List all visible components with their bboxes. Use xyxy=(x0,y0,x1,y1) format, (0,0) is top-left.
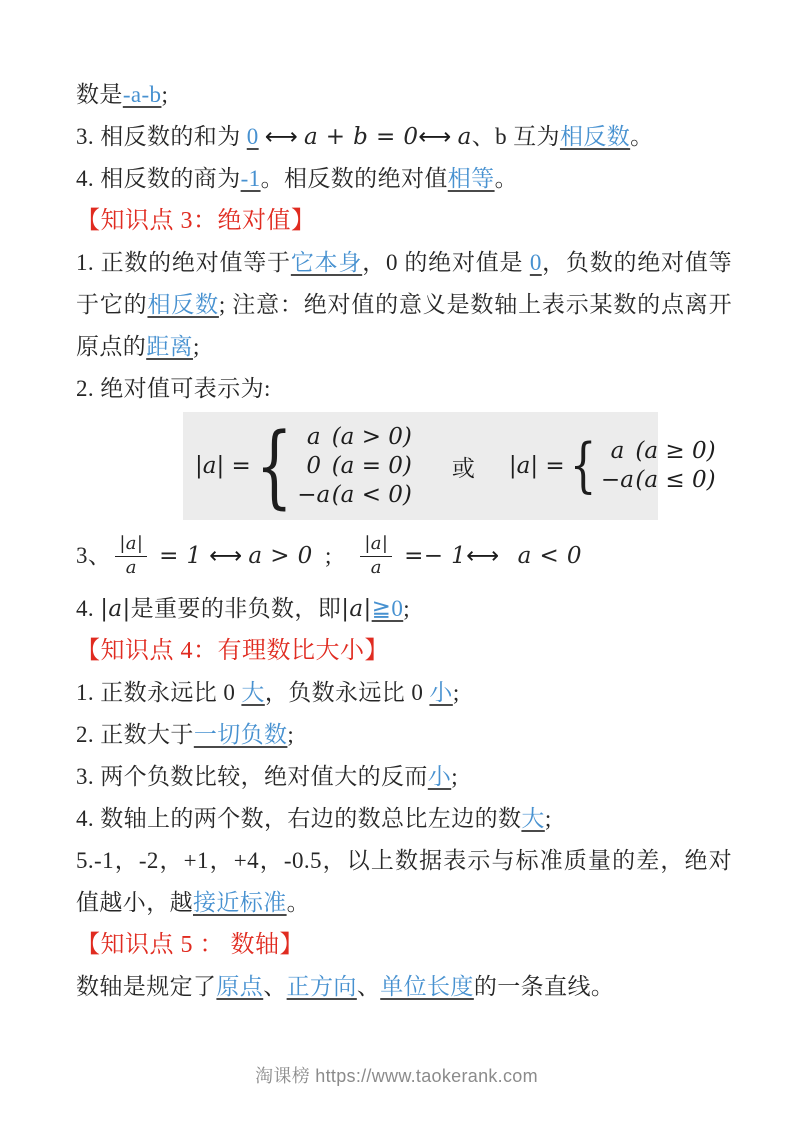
paragraph-opposites-quotient: 4. 相反数的商为-1。相反数的绝对值相等。 xyxy=(76,158,732,200)
text-run: ; xyxy=(451,764,458,789)
text-run: 、 xyxy=(357,974,380,999)
answer-blank: 它本身 xyxy=(291,250,362,275)
text-run: ; xyxy=(287,722,294,747)
paragraph-abs-nonnegative: 4. |a|是重要的非负数，即|a|≧0; xyxy=(76,588,732,630)
double-arrow-symbol: ⟷ xyxy=(466,535,499,577)
math-run: a xyxy=(458,124,472,150)
answer-blank: -a-b xyxy=(123,82,162,107)
text-run: 、b 互为 xyxy=(472,124,560,149)
double-arrow-symbol: ⟷ xyxy=(265,124,298,150)
heading-knowledge-point-3: 【知识点 3：绝对值】 xyxy=(76,200,732,242)
answer-blank: 原点 xyxy=(216,974,263,999)
text-run: 。相反数的绝对值 xyxy=(261,166,448,191)
paragraph-compare-positive-zero: 1. 正数永远比 0 大，负数永远比 0 小; xyxy=(76,672,732,714)
text-run: 的一条直线。 xyxy=(474,974,614,999)
math-run: a + b = 0 xyxy=(304,124,418,150)
text-run: 2. 正数大于 xyxy=(76,722,194,747)
double-arrow-symbol: ⟷ xyxy=(418,124,451,150)
text-run: 5.-1，-2，+1，+4，-0.5，以上数据表示与标准质量的差，绝对值越小，越 xyxy=(76,848,732,915)
math-run: |a| xyxy=(341,596,371,622)
text-run: 3. 相反数的和为 xyxy=(76,124,247,149)
text-run: ; xyxy=(453,680,460,705)
text-run: ; xyxy=(545,806,552,831)
cases-left: a(a > 0)0(a = 0)−a(a < 0) xyxy=(296,423,412,510)
footer-watermark: 淘课榜 https://www.taokerank.com xyxy=(0,1062,793,1088)
text-run: ; xyxy=(313,535,357,577)
text-run: 。 xyxy=(495,166,518,191)
text-run: 、 xyxy=(263,974,286,999)
text-run: 3. 两个负数比较，绝对值大的反而 xyxy=(76,764,428,789)
fraction: |a|a xyxy=(115,534,147,578)
text-run: ，0 的绝对值是 xyxy=(362,250,530,275)
paragraph-compare-two-negatives: 3. 两个负数比较，绝对值大的反而小; xyxy=(76,756,732,798)
answer-blank: 相反数 xyxy=(147,292,218,317)
text-run: 3、 xyxy=(76,535,111,577)
answer-blank: 相反数 xyxy=(560,124,630,149)
text-run: 1. 正数永远比 0 xyxy=(76,680,241,705)
piecewise-right: |a| = { a(a ≥ 0)−a(a ≤ 0) xyxy=(509,437,716,495)
paragraph-absolute-value-definition: 1. 正数的绝对值等于它本身，0 的绝对值是 0，负数的绝对值等于它的相反数; … xyxy=(76,242,732,368)
right-brace: { xyxy=(570,437,597,496)
text-run: 。 xyxy=(287,890,310,915)
or-word: 或 xyxy=(452,450,475,483)
math-run: = 1 xyxy=(151,535,209,577)
answer-blank: 接近标准 xyxy=(193,890,287,915)
math-run: =− 1 xyxy=(396,535,466,577)
answer-blank: 大 xyxy=(521,806,544,831)
answer-blank: 单位长度 xyxy=(380,974,474,999)
heading-knowledge-point-4: 【知识点 4：有理数比大小】 xyxy=(76,630,732,672)
formula-rhs: |a| = xyxy=(509,453,565,479)
text-run: 。 xyxy=(630,124,653,149)
text-run: 1. 正数的绝对值等于 xyxy=(76,250,291,275)
text-run: ; xyxy=(161,82,168,107)
paragraph-abs-ratio: 3、|a|a = 1 ⟷ a > 0 ; |a|a =− 1⟷ a < 0 xyxy=(76,524,732,588)
absolute-value-piecewise-formula: |a| = { a(a > 0)0(a = 0)−a(a < 0) 或 |a| … xyxy=(183,412,658,520)
text-run: ; xyxy=(403,596,410,621)
text-run: 4. xyxy=(76,596,100,621)
formula-lhs: |a| = xyxy=(195,453,251,479)
paragraph-opposites-sum: 3. 相反数的和为 0 ⟷ a + b = 0⟷ a、b 互为相反数。 xyxy=(76,116,732,158)
case-row: 0(a = 0) xyxy=(296,452,412,481)
document-body: 数是-a-b; 3. 相反数的和为 0 ⟷ a + b = 0⟷ a、b 互为相… xyxy=(76,74,732,1008)
case-row: a(a ≥ 0) xyxy=(599,437,715,466)
paragraph-continuation-negative-sum: 数是-a-b; xyxy=(76,74,732,116)
math-run: a < 0 xyxy=(518,535,582,577)
answer-blank: 正方向 xyxy=(287,974,357,999)
answer-blank: 0 xyxy=(247,124,259,149)
piecewise-left: |a| = { a(a > 0)0(a = 0)−a(a < 0) xyxy=(195,423,412,510)
text-run: 数是 xyxy=(76,82,123,107)
paragraph-number-line-definition: 数轴是规定了原点、正方向、单位长度的一条直线。 xyxy=(76,966,732,1008)
answer-blank: 0 xyxy=(530,250,542,275)
double-arrow-symbol: ⟷ xyxy=(209,535,242,577)
fraction: |a|a xyxy=(360,534,392,578)
text-run: ，负数永远比 0 xyxy=(265,680,430,705)
document-page: 数是-a-b; 3. 相反数的和为 0 ⟷ a + b = 0⟷ a、b 互为相… xyxy=(0,0,793,1122)
case-row: a(a > 0) xyxy=(296,423,412,452)
paragraph-positive-greater-negative: 2. 正数大于一切负数; xyxy=(76,714,732,756)
text-run xyxy=(499,535,517,577)
answer-blank: 距离 xyxy=(146,334,193,359)
answer-blank: ≧0 xyxy=(372,596,404,621)
paragraph-absolute-value-notation: 2. 绝对值可表示为: xyxy=(76,368,732,410)
case-row: −a(a ≤ 0) xyxy=(599,466,715,495)
answer-blank: 小 xyxy=(429,680,452,705)
answer-blank: -1 xyxy=(241,166,261,191)
left-brace: { xyxy=(256,421,293,511)
text-run: 数轴是规定了 xyxy=(76,974,216,999)
paragraph-number-line-order: 4. 数轴上的两个数，右边的数总比左边的数大; xyxy=(76,798,732,840)
text-run: 4. 相反数的商为 xyxy=(76,166,241,191)
answer-blank: 一切负数 xyxy=(194,722,288,747)
answer-blank: 大 xyxy=(241,680,264,705)
cases-right: a(a ≥ 0)−a(a ≤ 0) xyxy=(599,437,715,495)
heading-knowledge-point-5: 【知识点 5 ： 数轴】 xyxy=(76,924,732,966)
case-row: −a(a < 0) xyxy=(296,481,412,510)
text-run: ; xyxy=(193,334,200,359)
answer-blank: 小 xyxy=(428,764,451,789)
text-run: 是重要的非负数，即 xyxy=(131,596,342,621)
text-run: 4. 数轴上的两个数，右边的数总比左边的数 xyxy=(76,806,521,831)
text-run: 2. 绝对值可表示为: xyxy=(76,376,271,401)
math-run: a > 0 xyxy=(248,535,312,577)
math-run: |a| xyxy=(100,596,130,622)
answer-blank: 相等 xyxy=(448,166,495,191)
paragraph-standard-mass-example: 5.-1，-2，+1，+4，-0.5，以上数据表示与标准质量的差，绝对值越小，越… xyxy=(76,840,732,924)
